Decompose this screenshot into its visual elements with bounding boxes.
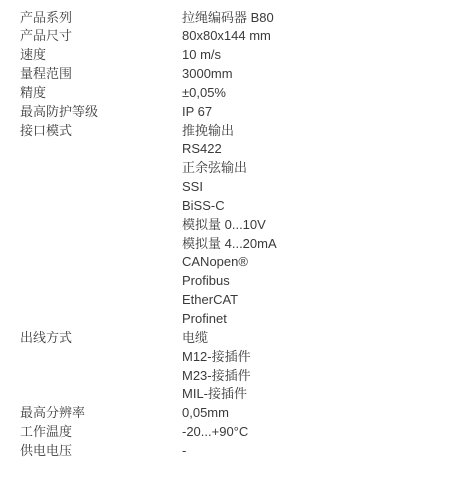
spec-value: ±0,05% [182,84,226,103]
spec-value: 电缆 [182,329,251,348]
spec-value: 模拟量 0...10V [182,216,277,235]
product-spec-table: 产品系列 拉绳编码器 B80 产品尺寸 80x80x144 mm 速度 10 m… [0,0,449,461]
spec-value: M23-接插件 [182,367,251,386]
spec-label: 最高防护等级 [20,103,182,122]
spec-label: 产品系列 [20,9,182,28]
spec-value: SSI [182,178,277,197]
spec-value: 推挽输出 [182,122,277,141]
spec-row: 产品尺寸 80x80x144 mm [20,27,449,46]
spec-label: 速度 [20,46,182,65]
spec-label: 量程范围 [20,65,182,84]
spec-value: 拉绳编码器 B80 [182,9,274,28]
spec-value: 模拟量 4...20mA [182,235,277,254]
spec-row: 产品系列 拉绳编码器 B80 [20,9,449,28]
spec-value: BiSS-C [182,197,277,216]
spec-label: 最高分辨率 [20,404,182,423]
spec-row: 量程范围 3000mm [20,65,449,84]
spec-value: MIL-接插件 [182,385,251,404]
spec-row: 最高分辨率 0,05mm [20,404,449,423]
spec-value: IP 67 [182,103,212,122]
spec-value: 10 m/s [182,46,221,65]
spec-value: 正余弦输出 [182,159,277,178]
spec-row: 速度 10 m/s [20,46,449,65]
spec-value: 0,05mm [182,404,229,423]
spec-value: -20...+90°C [182,423,248,442]
spec-value: Profibus [182,272,277,291]
spec-value: - [182,442,186,461]
spec-label: 精度 [20,84,182,103]
spec-label: 供电电压 [20,442,182,461]
spec-value: EtherCAT [182,291,277,310]
spec-row: 工作温度 -20...+90°C [20,423,449,442]
spec-row: 最高防护等级 IP 67 [20,103,449,122]
spec-value: 3000mm [182,65,233,84]
spec-label: 工作温度 [20,423,182,442]
spec-value: 80x80x144 mm [182,27,271,46]
spec-row: 供电电压 - [20,442,449,461]
spec-row: 出线方式 电缆 M12-接插件 M23-接插件 MIL-接插件 [20,329,449,404]
spec-value: Profinet [182,310,277,329]
spec-value: RS422 [182,140,277,159]
spec-row: 精度 ±0,05% [20,84,449,103]
spec-label: 接口模式 [20,122,182,141]
spec-value: CANopen® [182,253,277,272]
spec-value: M12-接插件 [182,348,251,367]
spec-label: 出线方式 [20,329,182,348]
spec-label: 产品尺寸 [20,27,182,46]
spec-row: 接口模式 推挽输出 RS422 正余弦输出 SSI BiSS-C 模拟量 0..… [20,122,449,329]
